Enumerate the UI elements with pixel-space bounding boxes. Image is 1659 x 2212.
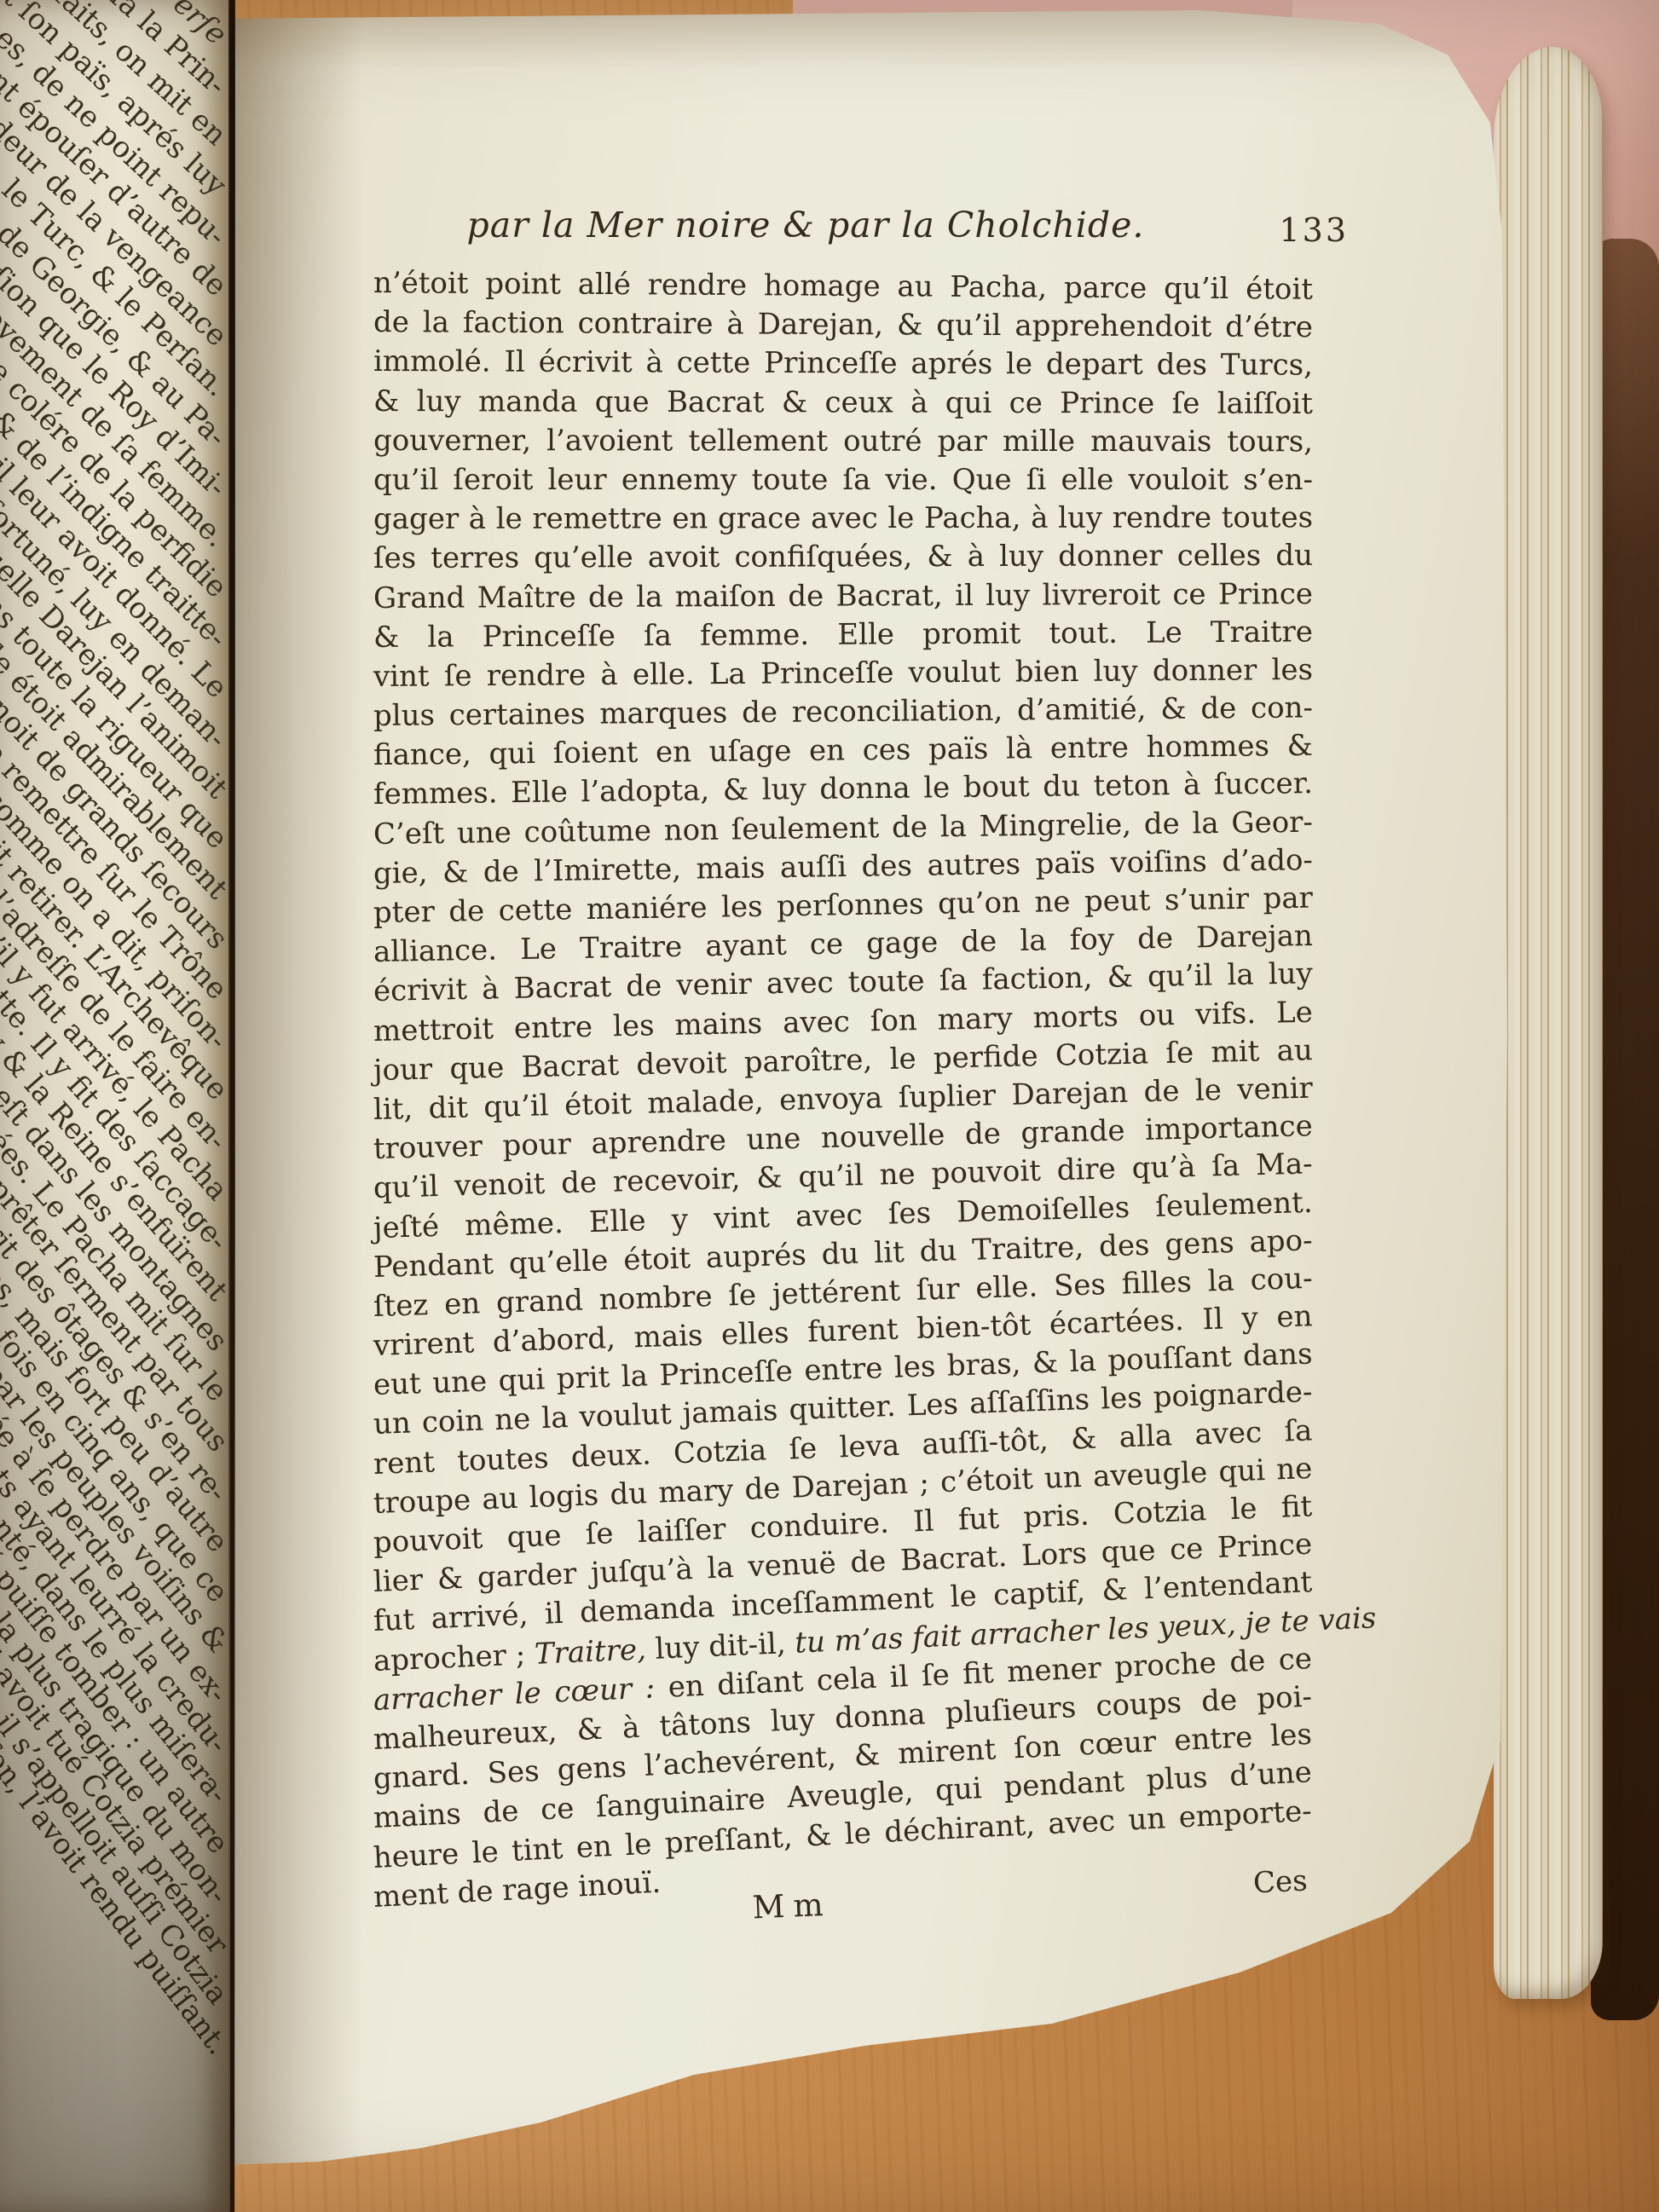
- body-text-line: & la Princeſſe ſa femme. Elle promit tou…: [373, 612, 1313, 657]
- gutter-shadow: [228, 0, 235, 2212]
- right-page: par la Mer noire & par la Cholchide. 133…: [218, 10, 1507, 2167]
- page-block-fore-edge: [1494, 47, 1603, 1999]
- body-text-line: de la faction contraire à Darejan, & qu’…: [373, 303, 1313, 347]
- body-text-line: gouverner, l’avoient tellement outré par…: [373, 421, 1313, 462]
- body-text-line: Grand Maître de la maiſon de Bacrat, il …: [373, 574, 1313, 617]
- left-page-curled: en Perſeirette épouſa la Prin-s ainſi fa…: [0, 0, 234, 2212]
- body-text: n’étoit point allé rendre homage au Pach…: [373, 263, 1313, 1917]
- page-number: 133: [1279, 211, 1349, 249]
- body-text-line: gager à le remettre en grace avec le Pac…: [373, 498, 1313, 539]
- body-text-line: qu’il ſeroit leur ennemy toute ſa vie. Q…: [373, 460, 1313, 500]
- body-text-line: immolé. Il écrivit à cette Princeſſe apr…: [373, 342, 1313, 385]
- body-text-line: ſes terres qu’elle avoit confiſquées, & …: [373, 536, 1313, 578]
- body-text-line: & luy manda que Bacrat & ceux à qui ce P…: [373, 382, 1313, 424]
- running-header: par la Mer noire & par la Cholchide.: [373, 205, 1313, 245]
- book-photo: par la Mer noire & par la Cholchide. 133…: [0, 0, 1659, 2212]
- body-text-line: n’étoit point allé rendre homage au Pach…: [373, 263, 1313, 309]
- catchword: Ces: [1252, 1863, 1308, 1900]
